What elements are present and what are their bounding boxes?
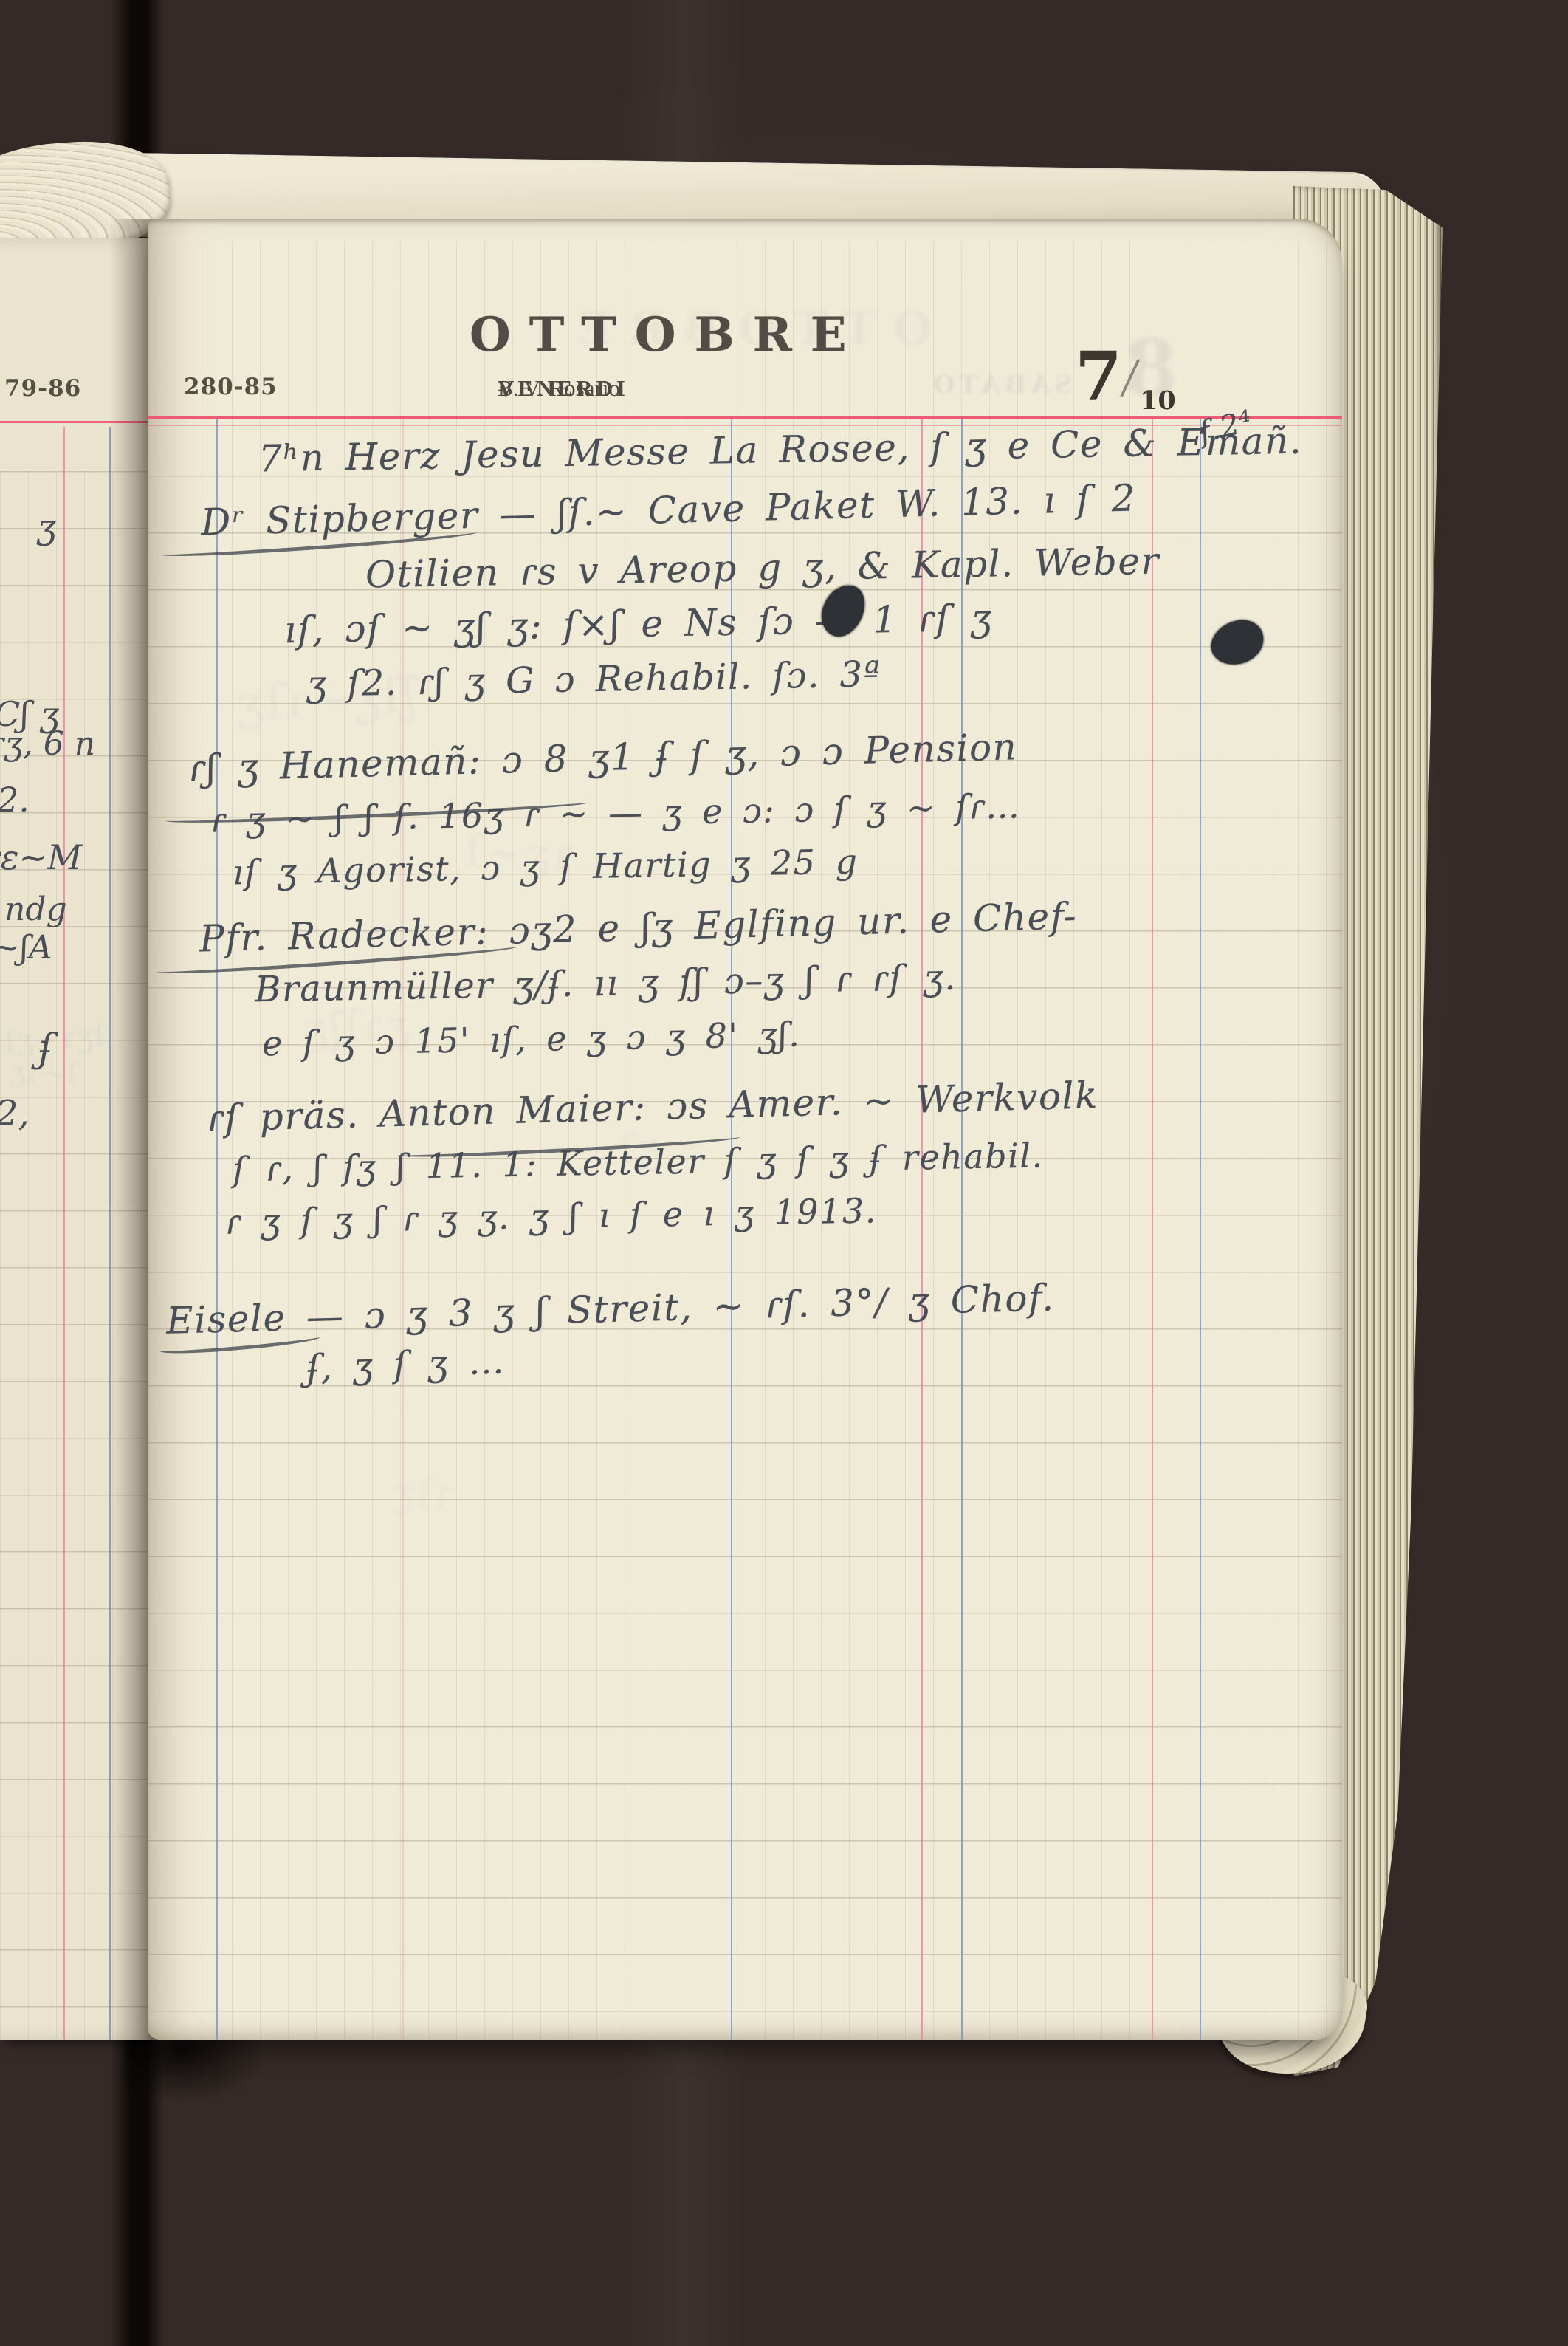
left-page-handwriting-fragment: ɾɛ~M xyxy=(0,840,82,874)
diary-page: OTTOBRE 280-85 B. V. Rosario - VENERDI 7… xyxy=(148,219,1342,2040)
left-page-handwriting-fragment: 2. xyxy=(0,783,30,817)
bottom-gutter-shadow xyxy=(124,2026,316,2144)
left-page-handwriting-fragment: ndg xyxy=(4,894,67,926)
ghost-show-through-text: ſʒ~ɾʒſ xyxy=(4,1021,108,1057)
ghost-show-through-text: ʒɾ~ſ xyxy=(10,1057,79,1089)
ink-blot xyxy=(816,579,870,642)
left-page-handwriting-fragment: 2, xyxy=(0,1096,30,1131)
left-page-handwriting-fragment: ~ʃA xyxy=(0,932,52,964)
left-page-handwriting-fragment: ʒ xyxy=(37,510,56,543)
ink-blots xyxy=(148,219,1342,2040)
ink-blot xyxy=(1207,616,1268,669)
left-page-handwriting-fragment: ɾʒ, 6 n xyxy=(0,728,95,761)
photographed-diary-scene: 79-86 ʒCʃ ʒɾʒ, 6 n2.ɾɛ~Mndg~ʃAʄ2,ſʒ~ɾʒſʒ… xyxy=(0,0,1568,2346)
